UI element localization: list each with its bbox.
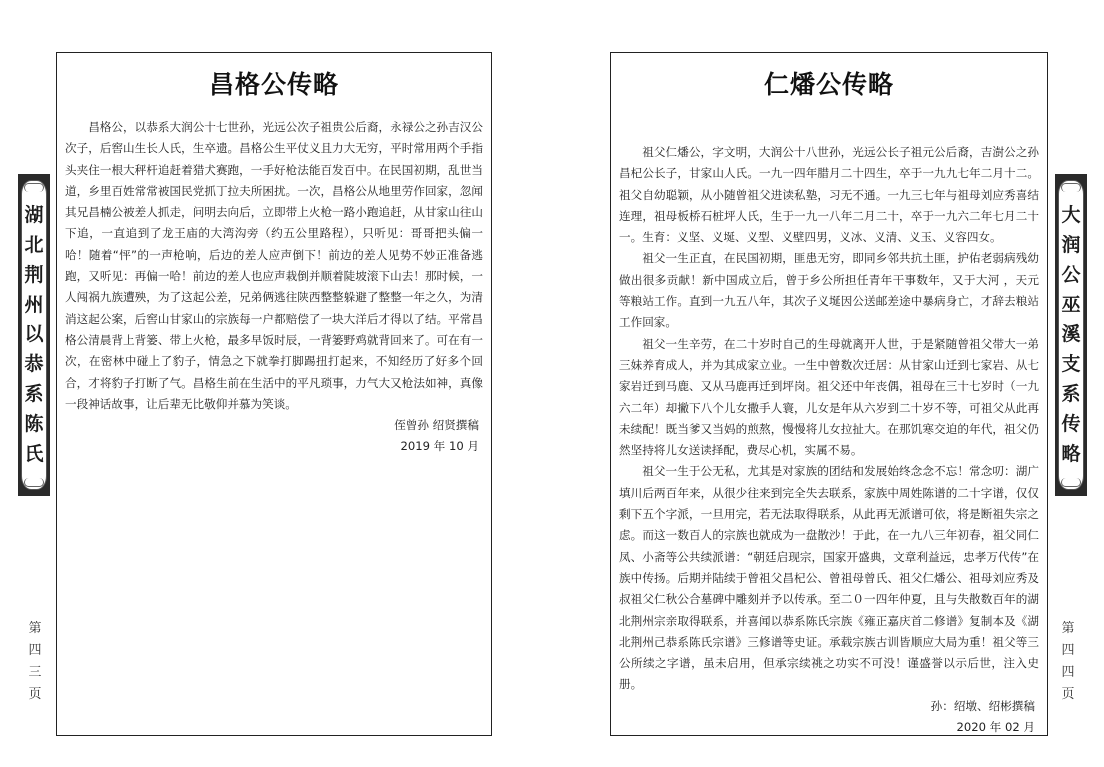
page-number-char: 四 (28, 642, 41, 659)
paragraph: 祖父一生正直，在民国初期，匪患无穷，即同乡邻共抗土匪，护佑老弱病残幼做出很多贡献… (619, 248, 1039, 333)
banner-char: 大 (1061, 206, 1080, 225)
banner-char: 公 (1061, 266, 1080, 285)
paragraph: 昌格公，以恭系大润公十七世孙，光远公次子祖贵公后裔，永禄公之孙吉汉公次子，后窖山… (65, 117, 483, 415)
page-number-char: 四 (1061, 642, 1074, 659)
banner-char: 陈 (24, 415, 43, 434)
page-number-char: 第 (1061, 620, 1074, 637)
page-number-char: 页 (1061, 686, 1074, 703)
right-page-body: 祖父仁燔公，字文明，大润公十八世孙，光远公长子祖元公后裔，吉澍公之孙昌杞公长子，… (619, 142, 1039, 738)
left-banner-frame: 湖 北 荆 州 以 恭 系 陈 氏 (21, 180, 47, 490)
banner-char: 北 (24, 236, 43, 255)
right-page-number: 第 四 四 页 (1058, 620, 1078, 703)
banner-char: 巫 (1061, 296, 1080, 315)
page-number-char: 三 (28, 664, 41, 681)
right-page: 仁燔公传略 祖父仁燔公，字文明，大润公十八世孙，光远公长子祖元公后裔，吉澍公之孙… (610, 52, 1048, 736)
banner-char: 州 (24, 296, 43, 315)
paragraph: 祖父一生辛劳，在二十岁时自己的生母就离开人世，于是紧随曾祖父带大一弟三妹养育成人… (619, 334, 1039, 462)
author-signature: 侄曾孙 绍贤撰稿 (65, 415, 483, 436)
banner-char: 恭 (24, 355, 43, 374)
left-page-body: 昌格公，以恭系大润公十七世孙，光远公次子祖贵公后裔，永禄公之孙吉汉公次子，后窖山… (65, 117, 483, 458)
paragraph: 祖父仁燔公，字文明，大润公十八世孙，光远公长子祖元公后裔，吉澍公之孙昌杞公长子，… (619, 142, 1039, 248)
right-page-title: 仁燔公传略 (611, 65, 1047, 101)
banner-char: 系 (1061, 385, 1080, 404)
paragraph: 祖父一生于公无私，尤其是对家族的团结和发展始终念念不忘！常念叨：湖广填川后两百年… (619, 461, 1039, 695)
banner-char: 支 (1061, 355, 1080, 374)
banner-char: 以 (24, 325, 43, 344)
banner-char: 传 (1061, 415, 1080, 434)
banner-char: 湖 (24, 206, 43, 225)
left-page: 昌格公传略 昌格公，以恭系大润公十七世孙，光远公次子祖贵公后裔，永禄公之孙吉汉公… (56, 52, 492, 736)
right-banner-frame: 大 润 公 巫 溪 支 系 传 略 (1058, 180, 1084, 490)
left-page-title: 昌格公传略 (57, 65, 491, 101)
banner-char: 溪 (1061, 325, 1080, 344)
banner-char: 系 (24, 385, 43, 404)
left-page-number: 第 四 三 页 (25, 620, 45, 703)
banner-char: 略 (1061, 445, 1080, 464)
date: 2020 年 02 月 (619, 717, 1039, 738)
banner-char: 荆 (24, 266, 43, 285)
left-side-banner: 湖 北 荆 州 以 恭 系 陈 氏 (18, 174, 50, 496)
page-number-char: 四 (1061, 664, 1074, 681)
banner-char: 润 (1061, 236, 1080, 255)
right-side-banner: 大 润 公 巫 溪 支 系 传 略 (1055, 174, 1087, 496)
banner-char: 氏 (24, 445, 43, 464)
author-signature: 孙：绍墩、绍彬撰稿 (619, 696, 1039, 717)
page-number-char: 第 (28, 620, 41, 637)
page-number-char: 页 (28, 686, 41, 703)
date: 2019 年 10 月 (65, 436, 483, 457)
